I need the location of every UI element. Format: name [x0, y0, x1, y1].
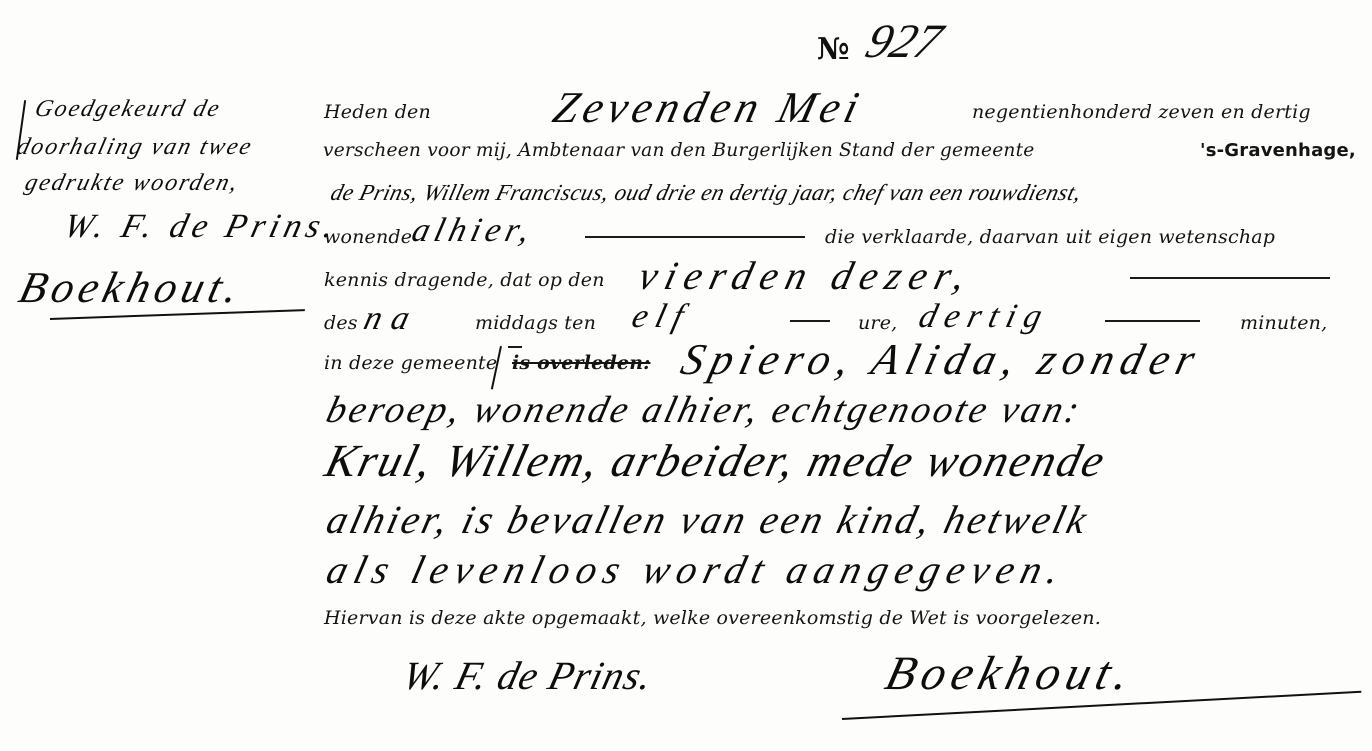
hand-elf: elf [628, 298, 695, 336]
hand-line-beroep: beroep, wonende alhier, echtgenoote van: [322, 388, 1087, 432]
signature-official: Boekhout. [880, 646, 1141, 701]
hand-date: Zevenden Mei [548, 82, 869, 133]
struck-is-overleden: is overleden: [512, 352, 650, 374]
printed-ure: ure, [858, 312, 897, 334]
printed-closing: Hiervan is deze akte opgemaakt, welke ov… [324, 607, 1101, 629]
hand-mother-name: Spiero, Alida, zonder [676, 334, 1207, 385]
printed-wonende: wonende [324, 226, 412, 248]
dash [790, 320, 830, 322]
signature-declarant: W. F. de Prins. [398, 652, 658, 699]
margin-note-line-2: doorhaling van twee [14, 134, 256, 161]
margin-note-line-3: gedrukte woorden, [22, 170, 242, 197]
insertion-mark-top [508, 346, 522, 348]
hand-na: na [360, 300, 423, 338]
hand-alhier: alhier, [408, 212, 538, 250]
blank-line [585, 236, 805, 238]
printed-year: negentienhonderd zeven en dertig [972, 101, 1311, 123]
number-label: № [817, 32, 850, 67]
document-page: № 927 Goedgekeurd de doorhaling van twee… [0, 0, 1372, 751]
hand-declarant: de Prins, Willem Franciscus, oud drie en… [328, 180, 1084, 206]
printed-city: 's-Gravenhage, [1200, 140, 1356, 161]
margin-signature-prins: W. F. de Prins. [60, 208, 343, 246]
printed-verscheen: verscheen voor mij, Ambtenaar van den Bu… [323, 140, 1034, 161]
blank-line [1130, 277, 1330, 279]
hand-dertig: dertig [915, 298, 1054, 336]
printed-heden-den: Heden den [324, 101, 431, 123]
printed-des: des [324, 312, 358, 334]
printed-kennis: kennis dragende, dat op den [324, 269, 605, 291]
printed-middags-ten: middags ten [475, 312, 596, 334]
record-number: 927 [859, 14, 949, 69]
blank-line [1105, 320, 1200, 322]
margin-note-line-1: Goedgekeurd de [32, 96, 224, 123]
hand-line-father: Krul, Willem, arbeider, mede wonende [320, 434, 1112, 487]
hand-line-bevallen: alhier, is bevallen van een kind, hetwel… [322, 496, 1094, 543]
hand-vierden-dezer: vierden dezer, [634, 252, 978, 299]
printed-verklaarde: die verklaarde, daarvan uit eigen wetens… [825, 226, 1275, 248]
printed-minuten: minuten, [1240, 312, 1327, 334]
hand-line-levenloos: als levenloos wordt aangegeven. [322, 546, 1071, 593]
margin-signature-boekhout: Boekhout. [14, 262, 249, 313]
printed-in-deze-gemeente: in deze gemeente [324, 352, 497, 374]
